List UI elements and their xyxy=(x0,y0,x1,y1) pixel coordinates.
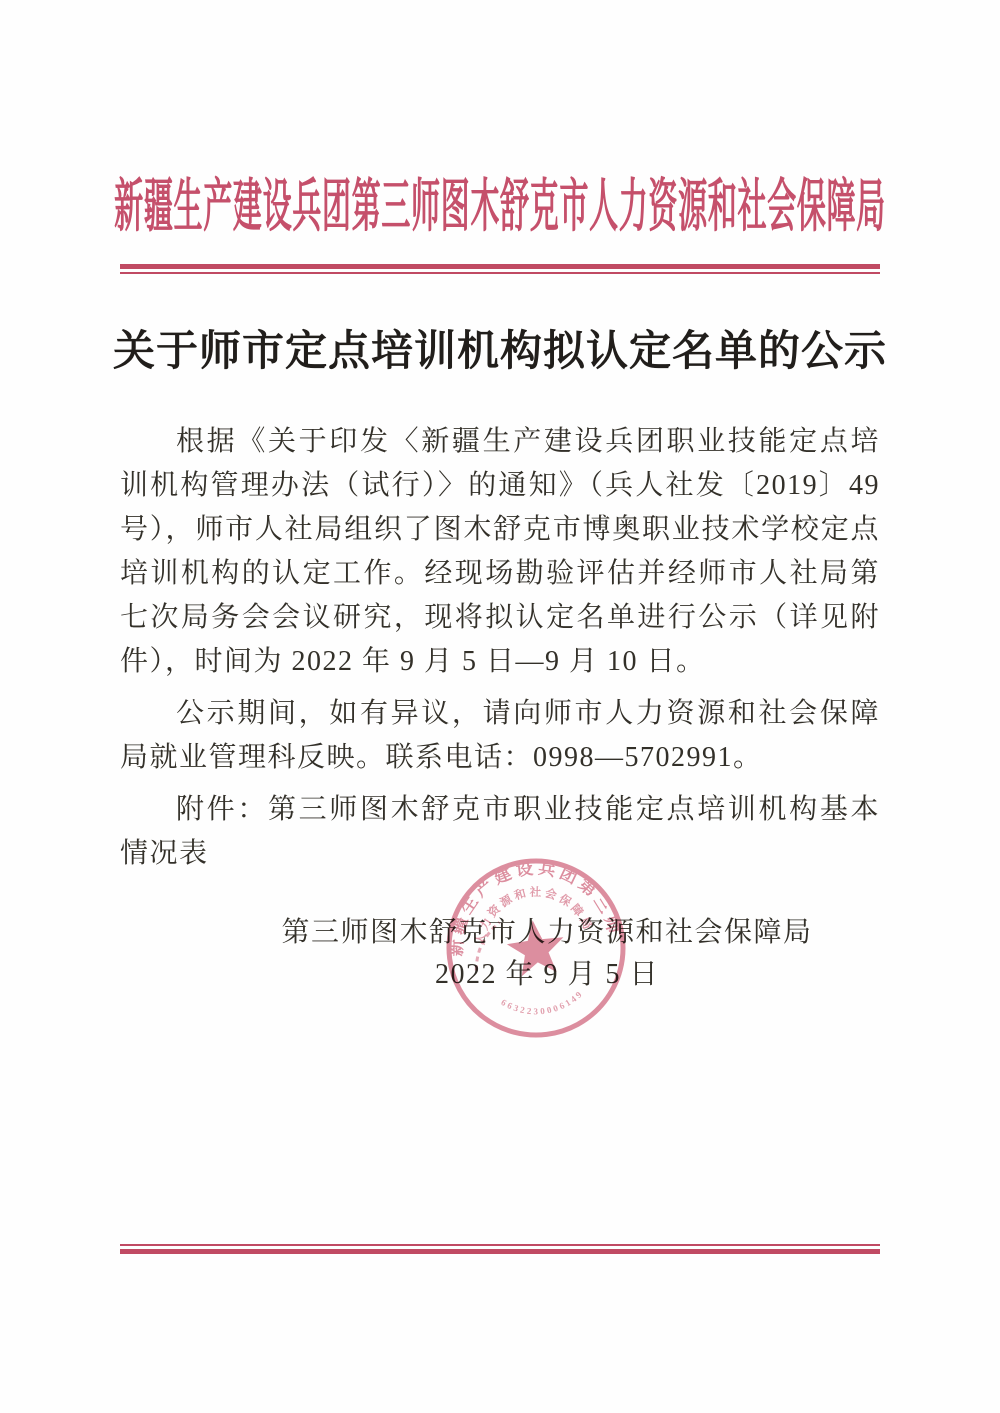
body-paragraph-2: 公示期间，如有异议，请向师市人力资源和社会保障局就业管理科反映。联系电话：099… xyxy=(120,692,880,780)
letterhead-title: 新疆生产建设兵团第三师图木舒克市人力资源和社会保障局 xyxy=(114,159,886,242)
attachment-line: 附件：第三师图木舒克市职业技能定点培训机构基本情况表 xyxy=(120,788,880,876)
signer-name: 第三师图木舒克市人力资源和社会保障局 xyxy=(47,913,1000,953)
document-body: 根据《关于印发〈新疆生产建设兵团职业技能定点培训机构管理办法（试行）〉的通知》（… xyxy=(120,420,880,876)
letterhead: 新疆生产建设兵团第三师图木舒克市人力资源和社会保障局 xyxy=(0,160,1000,240)
body-paragraph-1: 根据《关于印发〈新疆生产建设兵团职业技能定点培训机构管理办法（试行）〉的通知》（… xyxy=(120,420,880,684)
divider-thin-line xyxy=(120,272,880,274)
letterhead-divider xyxy=(120,264,880,274)
signature-block: 第三师图木舒克市人力资源和社会保障局 2022 年 9 月 5 日 xyxy=(47,913,1000,995)
footer-divider xyxy=(120,1244,880,1254)
document-title: 关于师市定点培训机构拟认定名单的公示 xyxy=(0,324,1000,380)
footer-thick-line xyxy=(120,1249,880,1254)
document-page: 新疆生产建设兵团第三师图木舒克市人力资源和社会保障局 关于师市定点培训机构拟认定… xyxy=(0,0,1000,1413)
signature-date: 2022 年 9 月 5 日 xyxy=(47,955,1000,995)
